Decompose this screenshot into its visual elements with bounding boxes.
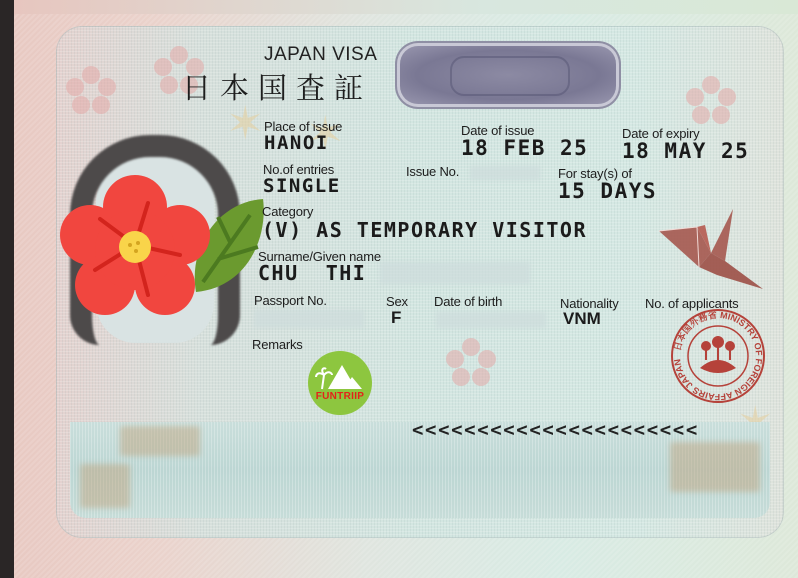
sex-value: F bbox=[391, 308, 401, 328]
name-redacted bbox=[380, 262, 530, 284]
date-of-birth-redacted bbox=[436, 312, 546, 328]
passport-no-redacted bbox=[254, 310, 364, 328]
category-label: Category bbox=[262, 204, 313, 219]
page-edge bbox=[14, 0, 798, 14]
document-title: JAPAN VISA bbox=[264, 44, 377, 66]
entries-value: SINGLE bbox=[263, 175, 341, 197]
redacted-mrz bbox=[120, 426, 200, 456]
date-of-issue-value: 18 FEB 25 bbox=[461, 136, 588, 160]
funtriip-logo: FUNTRIIP bbox=[308, 351, 372, 415]
passport-no-label: Passport No. bbox=[254, 293, 327, 308]
sex-label: Sex bbox=[386, 294, 408, 309]
ministry-seal-icon: 日本国外務省 MINISTRY OF FOREIGN AFFAIRS JAPAN bbox=[668, 306, 768, 406]
redacted-mrz bbox=[80, 464, 130, 508]
category-value: (V) AS TEMPORARY VISITOR bbox=[262, 218, 587, 242]
holder-photo bbox=[60, 135, 250, 350]
origami-crane-icon bbox=[655, 205, 767, 295]
issue-no-redacted bbox=[470, 166, 540, 180]
flower-sticker-icon bbox=[60, 175, 210, 315]
stay-value: 15 DAYS bbox=[558, 179, 657, 203]
mrz-filler: <<<<<<<<<<<<<<<<<<<<<< bbox=[412, 419, 699, 441]
hologram-emblem bbox=[400, 46, 616, 104]
cherry-blossom-icon bbox=[686, 76, 736, 126]
remarks-label: Remarks bbox=[252, 337, 303, 352]
document-title-japanese: 日本国査証 bbox=[182, 66, 372, 107]
nationality-value: VNM bbox=[563, 309, 601, 329]
cherry-blossom-icon bbox=[66, 66, 116, 116]
date-of-birth-label: Date of birth bbox=[434, 294, 502, 309]
name-value: CHU THI bbox=[258, 261, 366, 285]
cherry-blossom-icon bbox=[446, 338, 496, 388]
place-of-issue-value: HANOI bbox=[264, 132, 329, 154]
redacted-mrz bbox=[670, 442, 760, 492]
funtriip-text: FUNTRIIP bbox=[308, 391, 372, 402]
mountain-palm-icon bbox=[308, 355, 372, 395]
date-of-expiry-value: 18 MAY 25 bbox=[622, 139, 749, 163]
issue-no-label: Issue No. bbox=[406, 164, 459, 179]
